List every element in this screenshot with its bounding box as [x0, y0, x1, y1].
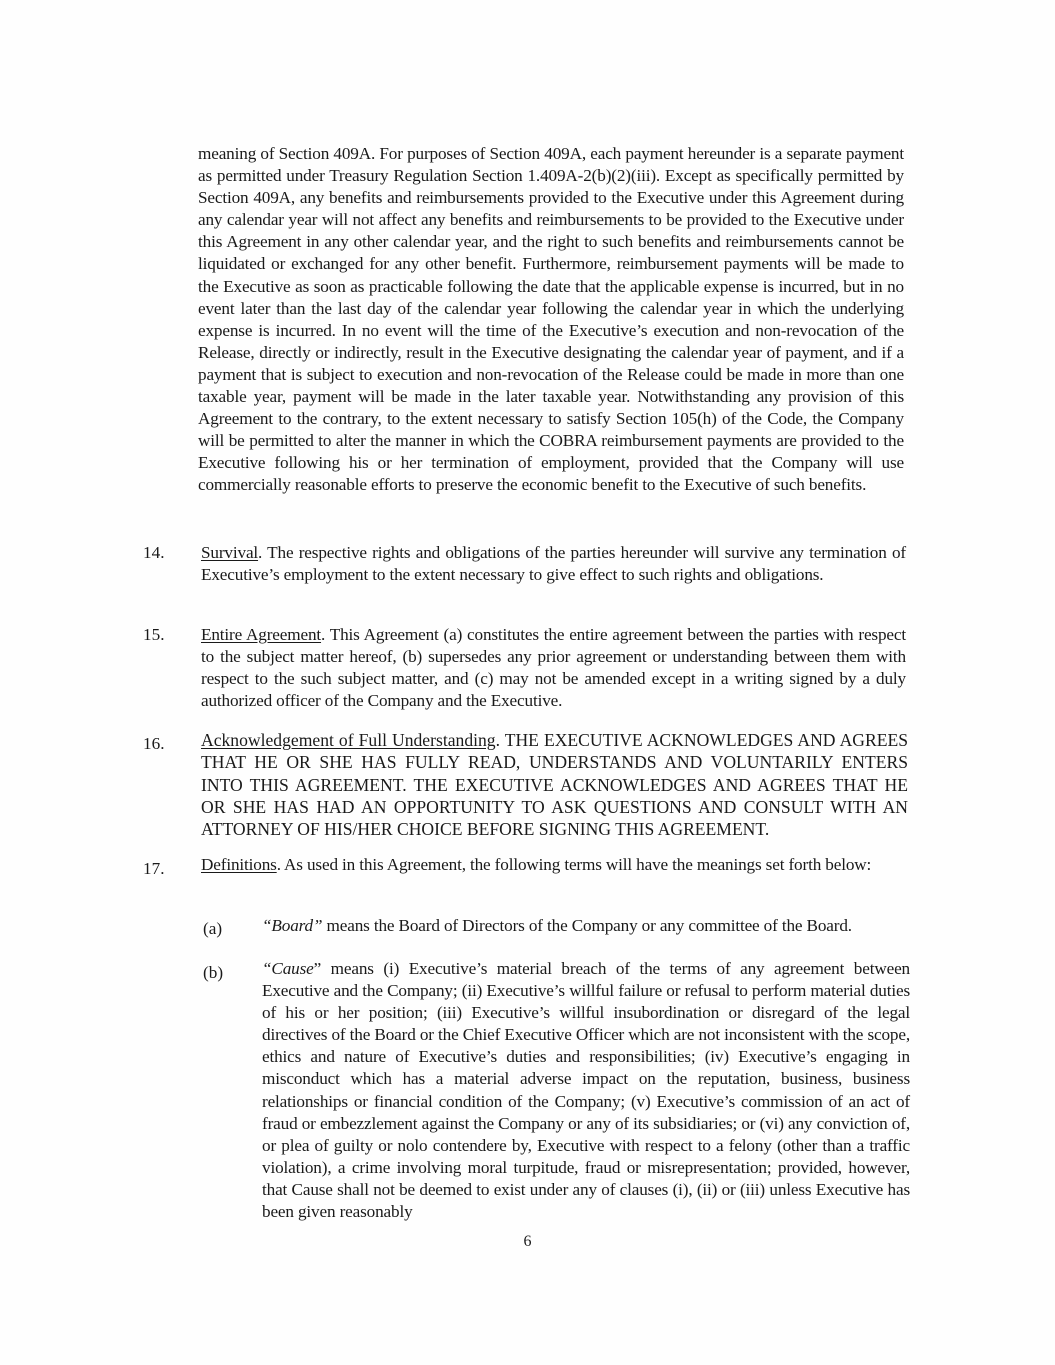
section-14-heading: Survival	[201, 543, 258, 562]
continuation-paragraph: meaning of Section 409A. For purposes of…	[198, 143, 904, 497]
section-15-number: 15.	[143, 624, 164, 646]
section-14-number: 14.	[143, 542, 164, 564]
definition-b-term: “Cause	[262, 959, 314, 978]
definition-b-label: (b)	[203, 962, 223, 984]
definition-b-term-close: ”	[314, 959, 321, 978]
definition-a-term: “Board”	[262, 916, 322, 935]
definition-a-body: means the Board of Directors of the Comp…	[322, 916, 852, 935]
page-number: 6	[0, 1233, 1055, 1251]
section-16-number: 16.	[143, 733, 164, 755]
section-17-body: As used in this Agreement, the following…	[281, 855, 871, 874]
definition-b-body: means (i) Executive’s material breach of…	[262, 959, 910, 1221]
definition-board: “Board” means the Board of Directors of …	[262, 915, 908, 937]
section-14-body: The respective rights and obligations of…	[201, 543, 906, 584]
section-15-entire-agreement: Entire Agreement. This Agreement (a) con…	[201, 624, 906, 712]
definition-a-label: (a)	[203, 918, 222, 940]
section-17-heading: Definitions	[201, 855, 277, 874]
definition-cause: “Cause” means (i) Executive’s material b…	[262, 958, 910, 1223]
section-15-heading: Entire Agreement	[201, 625, 321, 644]
section-16-acknowledgement: Acknowledgement of Full Understanding. T…	[201, 729, 908, 840]
document-page: meaning of Section 409A. For purposes of…	[0, 0, 1055, 1365]
section-17-number: 17.	[143, 858, 164, 880]
section-16-heading: Acknowledgement of Full Understanding	[201, 730, 496, 750]
section-14-survival: Survival. The respective rights and obli…	[201, 542, 906, 586]
section-17-definitions: Definitions. As used in this Agreement, …	[201, 854, 908, 876]
